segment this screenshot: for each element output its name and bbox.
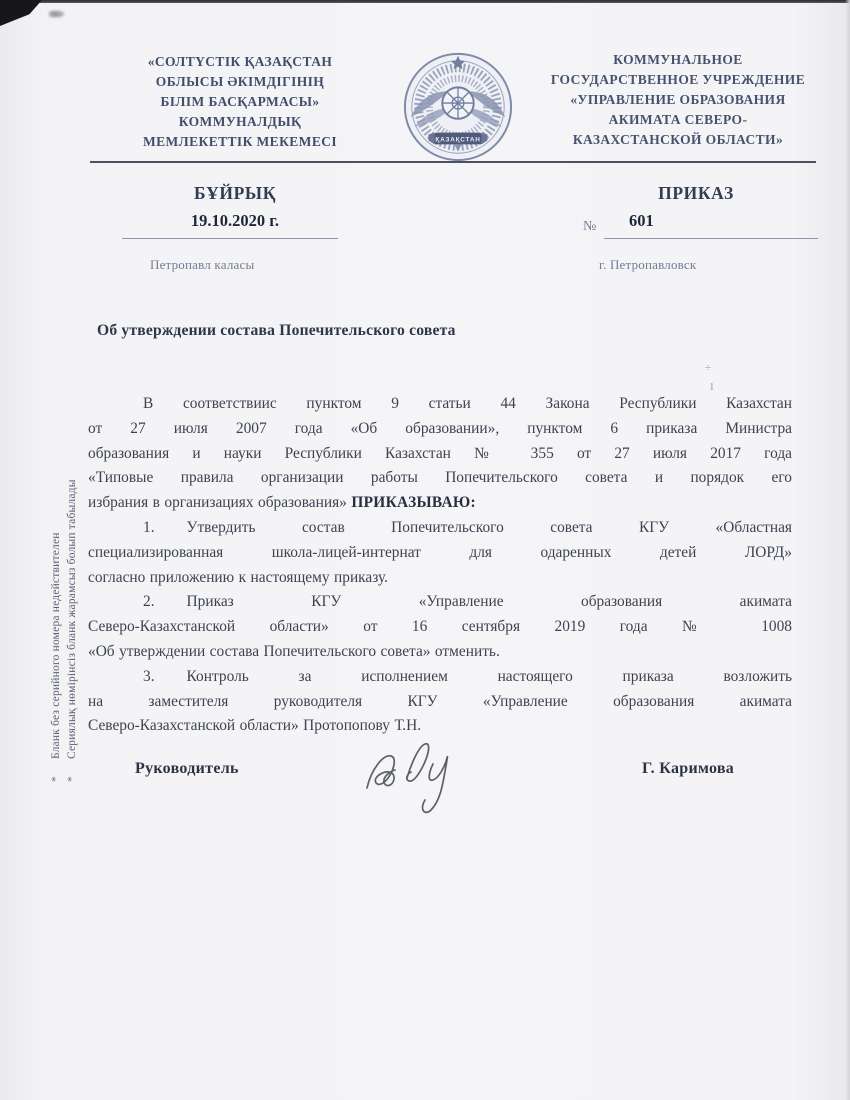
order-label-russian: ПРИКАЗ — [556, 183, 836, 204]
blank-note-kazakh: *Сериялық нөмірінсіз бланк жарамсыз болы… — [66, 430, 78, 782]
item-number: 1. — [143, 519, 155, 536]
org-kk-line: «СОЛТҮСТІК ҚАЗАҚСТАН — [84, 52, 396, 72]
asterisk-mark: * — [50, 776, 62, 782]
document-title: Об утверждении состава Попечительского с… — [97, 322, 456, 340]
signature-role: Руководитель — [135, 760, 239, 778]
order-date: 19.10.2020 г. — [95, 211, 375, 231]
number-underline — [604, 238, 818, 239]
blank-note-ru-text: Бланк без серийного номера недействителе… — [50, 532, 62, 759]
body-line-text: избрания в организациях образования» — [88, 494, 351, 511]
body-line: образования и науки Республики Казахстан… — [88, 442, 792, 467]
city-russian: г. Петропавловск — [599, 257, 696, 273]
scan-corner-artifact — [0, 0, 42, 26]
smudge-mark — [49, 10, 65, 18]
body-line: от 27 июля 2007 года «Об образовании», п… — [88, 417, 792, 442]
scan-edge-shadow — [845, 0, 850, 1100]
org-ru-line: «УПРАВЛЕНИЕ ОБРАЗОВАНИЯ — [520, 90, 836, 110]
document-body: В соответствиис пунктом 9 статьи 44 Зако… — [88, 392, 792, 739]
org-kk-line: КОММУНАЛДЫҚ — [84, 112, 396, 132]
org-kk-line: ОБЛЫСЫ ӘКІМДІГІНІҢ — [84, 72, 396, 92]
body-line: 1.Утвердить состав Попечительского совет… — [88, 516, 792, 541]
stray-mark: ÷ — [705, 362, 711, 374]
signature-name: Г. Каримова — [642, 760, 734, 778]
org-ru-line: КАЗАХСТАНСКОЙ ОБЛАСТИ» — [520, 130, 836, 150]
scanned-order-document: «СОЛТҮСТІК ҚАЗАҚСТАН ОБЛЫСЫ ӘКІМДІГІНІҢ … — [0, 0, 850, 1100]
header-divider — [90, 161, 816, 163]
scan-edge-artifact — [0, 0, 850, 3]
order-label-kazakh: БҰЙРЫҚ — [95, 183, 375, 204]
body-line: специализированная школа-лицей-интернат … — [88, 541, 792, 566]
body-line: В соответствиис пунктом 9 статьи 44 Зако… — [88, 392, 792, 417]
blank-note-kk-text: Сериялық нөмірінсіз бланк жарамсыз болып… — [66, 479, 78, 759]
body-line-text: Приказ КГУ «Управление образования акима… — [187, 593, 792, 610]
org-ru-line: КОММУНАЛЬНОЕ — [520, 50, 836, 70]
body-line: Северо-Казахстанской области» от 16 сент… — [88, 615, 792, 640]
org-ru-line: АКИМАТА СЕВЕРО- — [520, 110, 836, 130]
emblem-banner-text: ҚАЗАҚСТАН — [435, 136, 480, 143]
org-name-russian: КОММУНАЛЬНОЕ ГОСУДАРСТВЕННОЕ УЧРЕЖДЕНИЕ … — [520, 50, 836, 150]
handwritten-signature — [345, 726, 515, 821]
asterisk-mark: * — [66, 776, 78, 782]
body-line: «Об утверждении состава Попечительского … — [88, 640, 792, 665]
org-name-kazakh: «СОЛТҮСТІК ҚАЗАҚСТАН ОБЛЫСЫ ӘКІМДІГІНІҢ … — [84, 52, 396, 152]
body-line-text: Контроль за исполнением настоящего прика… — [187, 668, 792, 685]
blank-note-russian: *Бланк без серийного номера недействител… — [50, 434, 62, 782]
body-line: «Типовые правила организации работы Попе… — [88, 466, 792, 491]
number-sign: № — [583, 219, 596, 235]
body-line: избрания в организациях образования» ПРИ… — [88, 491, 792, 516]
city-kazakh: Петропавл каласы — [150, 257, 254, 273]
order-number: 601 — [629, 211, 654, 231]
body-line: на заместителя руководителя КГУ «Управле… — [88, 690, 792, 715]
body-line-text: Утвердить состав Попечительского совета … — [187, 519, 792, 536]
item-number: 3. — [143, 668, 155, 685]
item-number: 2. — [143, 593, 155, 610]
body-line: 3.Контроль за исполнением настоящего при… — [88, 665, 792, 690]
coat-of-arms-icon: ҚАЗАҚСТАН — [399, 47, 517, 167]
prikazyvayu-keyword: ПРИКАЗЫВАЮ: — [351, 494, 476, 511]
body-line: 2.Приказ КГУ «Управление образования аки… — [88, 590, 792, 615]
body-line: согласно приложению к настоящему приказу… — [88, 566, 792, 591]
org-kk-line: БІЛІМ БАСҚАРМАСЫ» — [84, 92, 396, 112]
date-underline — [122, 238, 338, 239]
org-kk-line: МЕМЛЕКЕТТІК МЕКЕМЕСІ — [84, 132, 396, 152]
org-ru-line: ГОСУДАРСТВЕННОЕ УЧРЕЖДЕНИЕ — [520, 70, 836, 90]
